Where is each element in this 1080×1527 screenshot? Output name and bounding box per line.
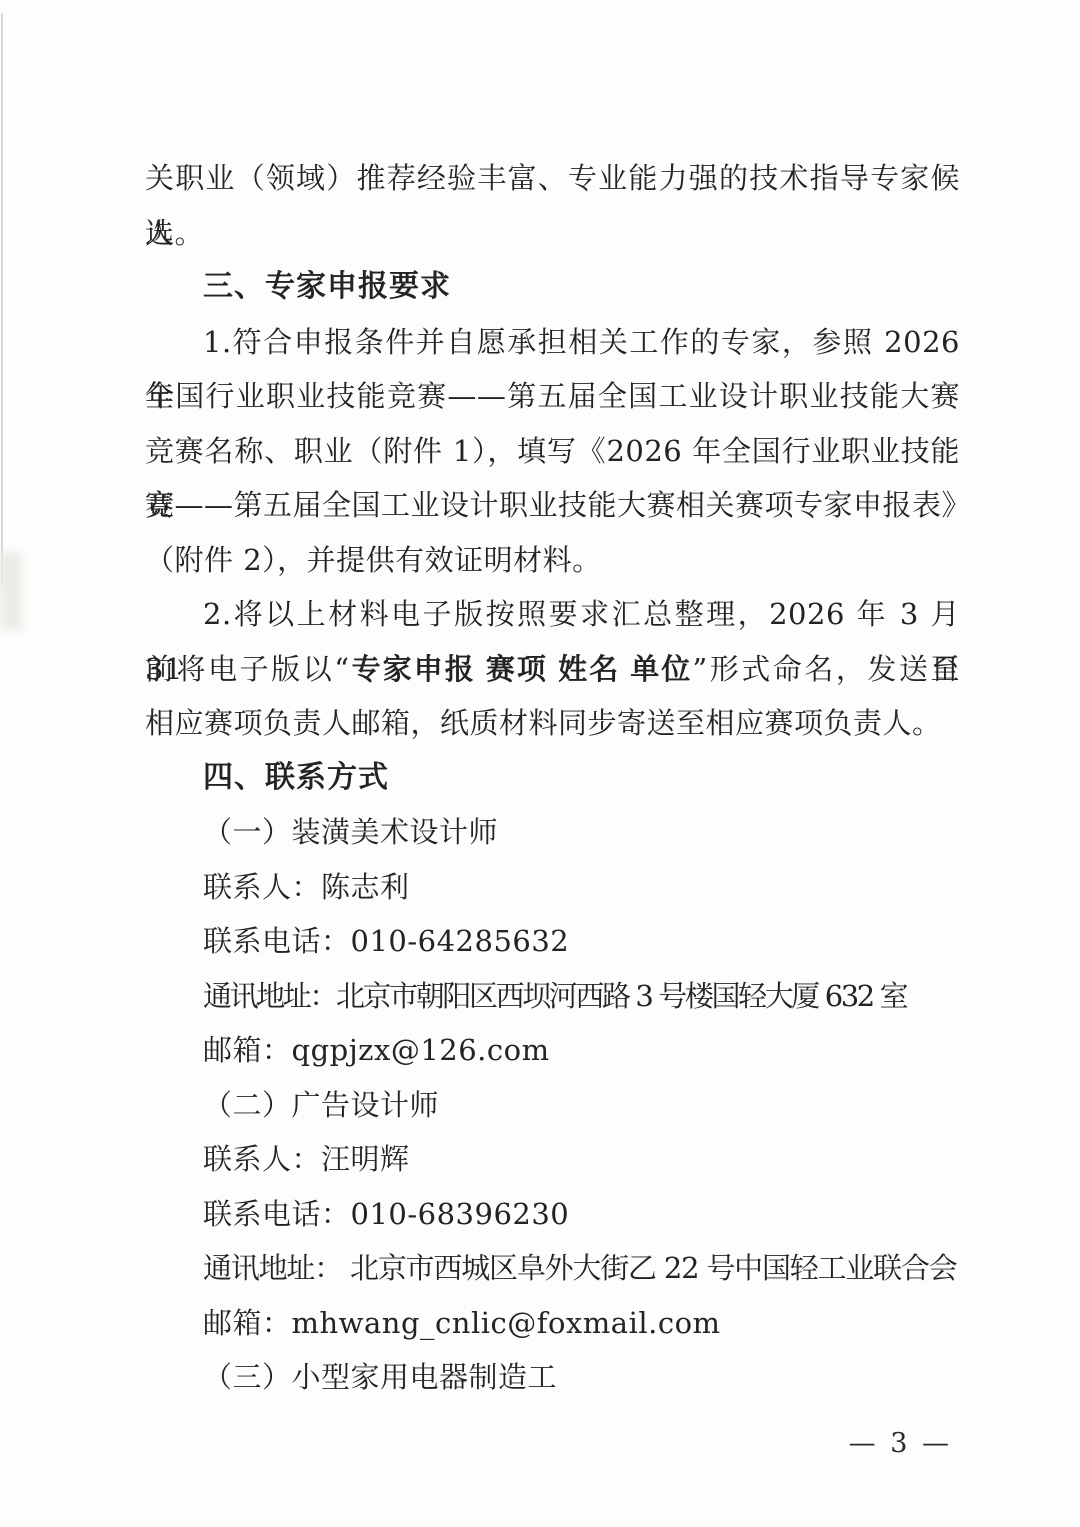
contact-3-title: （三）小型家用电器制造工: [145, 1350, 960, 1405]
file-naming-suffix-text: ”形式命名，发送至: [692, 652, 960, 686]
section-3-item-1-line-3: 竞赛名称、职业（附件 1），填写《2026 年全国行业职业技能竞: [145, 424, 960, 479]
section-3-heading: 三、专家申报要求: [145, 260, 960, 315]
document-body: 关职业（领域）推荐经验丰富、专业能力强的技术指导专家候选 人。 三、专家申报要求…: [145, 151, 960, 1405]
intro-line-2: 人。: [145, 206, 960, 261]
contact-1-phone: 联系电话：010-64285632: [145, 914, 960, 969]
file-naming-prefix-text: 前将电子版以“: [145, 652, 350, 686]
section-3-item-1-line-2: 全国行业职业技能竞赛——第五届全国工业设计职业技能大赛: [145, 369, 960, 424]
scan-smudge-artifact: [0, 552, 22, 630]
document-page: 关职业（领域）推荐经验丰富、专业能力强的技术指导专家候选 人。 三、专家申报要求…: [0, 0, 1080, 1527]
contact-2-email: 邮箱：mhwang_cnlic@foxmail.com: [145, 1296, 960, 1351]
section-3-item-2-line-2: 前将电子版以“专家申报 赛项 姓名 单位”形式命名，发送至: [145, 642, 960, 697]
section-3-item-1-line-1: 1.符合申报条件并自愿承担相关工作的专家，参照 2026 年: [145, 315, 960, 370]
intro-line-1: 关职业（领域）推荐经验丰富、专业能力强的技术指导专家候选: [145, 151, 960, 206]
scan-edge-artifact: [1, 13, 3, 585]
contact-1-email: 邮箱：qgpjzx@126.com: [145, 1023, 960, 1078]
section-3-item-2-line-1: 2.将以上材料电子版按照要求汇总整理，2026 年 3 月 31 日: [145, 587, 960, 642]
section-4-heading: 四、联系方式: [145, 751, 960, 806]
contact-1-address: 通讯地址：北京市朝阳区西坝河西路 3 号楼国轻大厦 632 室: [145, 969, 960, 1024]
section-3-item-1-line-5: （附件 2），并提供有效证明材料。: [145, 533, 960, 588]
contact-2-person: 联系人：汪明辉: [145, 1132, 960, 1187]
contact-2-title: （二）广告设计师: [145, 1078, 960, 1133]
contact-1-title: （一）装潢美术设计师: [145, 805, 960, 860]
contact-2-address: 通讯地址： 北京市西城区阜外大街乙 22 号中国轻工业联合会: [145, 1241, 960, 1296]
contact-1-person: 联系人：陈志利: [145, 860, 960, 915]
file-naming-emphasis-text: 专家申报 赛项 姓名 单位: [350, 654, 693, 686]
contact-2-phone: 联系电话：010-68396230: [145, 1187, 960, 1242]
section-3-item-2-line-3: 相应赛项负责人邮箱，纸质材料同步寄送至相应赛项负责人。: [145, 696, 960, 751]
page-number: — 3 —: [849, 1428, 952, 1459]
section-3-item-1-line-4: 赛——第五届全国工业设计职业技能大赛相关赛项专家申报表》: [145, 478, 960, 533]
